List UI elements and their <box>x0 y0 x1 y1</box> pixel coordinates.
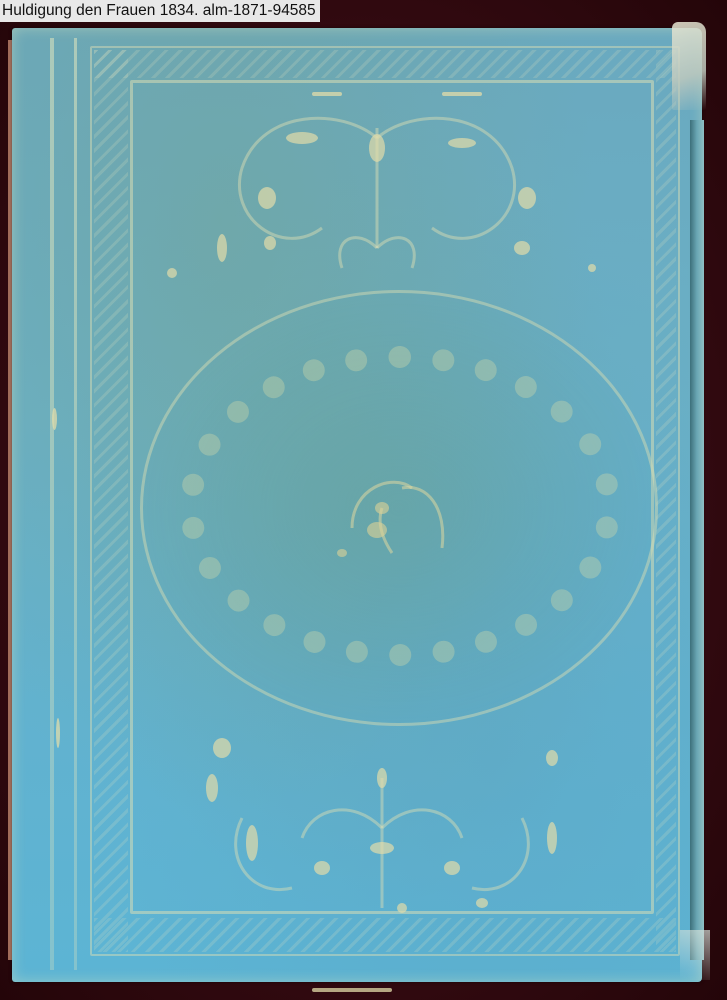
top-floral-ornament-icon <box>142 98 612 298</box>
worn-corner-top-right <box>672 22 706 110</box>
wear-speck <box>442 92 482 96</box>
center-figure-icon <box>332 468 462 568</box>
wear-speck <box>312 988 392 992</box>
book-side-edge <box>690 120 704 960</box>
worn-corner-bottom-right <box>680 930 710 980</box>
image-caption: Huldigung den Frauen 1834. alm-1871-9458… <box>0 0 320 22</box>
book-cover-photo <box>0 0 727 1000</box>
book-cover <box>12 28 702 982</box>
spine-line <box>74 38 77 970</box>
wear-speck <box>312 92 342 96</box>
wear-speck <box>56 718 60 748</box>
bottom-floral-ornament-icon <box>152 718 612 918</box>
spine-line <box>50 38 54 970</box>
wear-speck <box>52 408 57 430</box>
